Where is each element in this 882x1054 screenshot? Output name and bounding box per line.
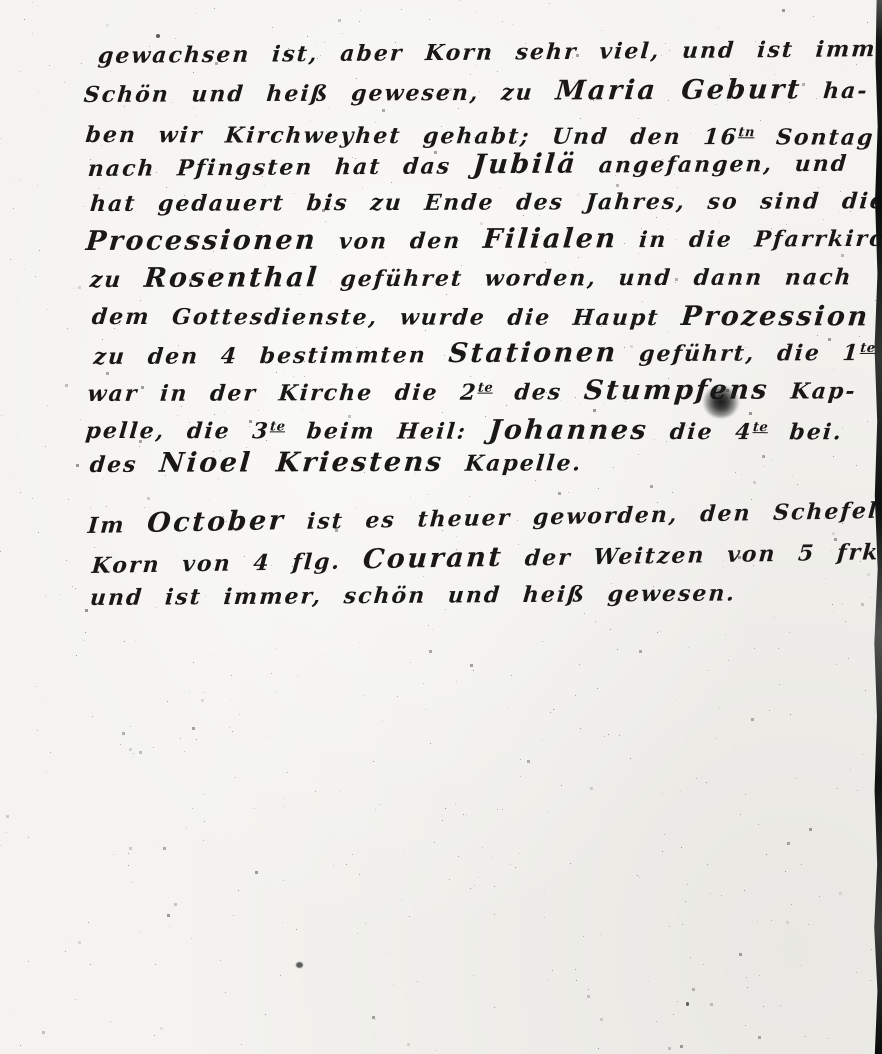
text-segment: zu den 4 bestimmten: [93, 342, 450, 370]
paragraph: Im October ist es theuer geworden, den S…: [84, 506, 862, 617]
text-line: und ist immer, schön und heiß gewesen.: [89, 575, 864, 617]
text-line: war in der Kirche die 2te des Stumpfens …: [86, 368, 863, 408]
text-line: zu den 4 bestimmten Stationen geführt, d…: [92, 330, 863, 371]
text-segment: ist es theuer geworden, den Schefel: [284, 498, 879, 535]
text-segment: und ist immer, schön und heiß gewesen.: [89, 580, 737, 611]
ink-smudge: [156, 34, 160, 38]
ink-smudge: [686, 1002, 689, 1006]
ink-smudge: [296, 962, 303, 968]
paper-speckles: [0, 0, 1, 1]
text-line: nach Pfingsten hat das Jubilä angefangen…: [87, 144, 864, 186]
emphasized-word: October: [146, 505, 286, 539]
superscript-abbreviation: tn: [738, 125, 756, 140]
text-segment: Kapelle.: [442, 450, 583, 476]
text-segment: des: [492, 379, 585, 405]
text-segment: Korn von 4 flg.: [91, 548, 364, 579]
text-segment: nach Pfingsten hat das: [87, 153, 474, 182]
superscript-abbreviation: te: [860, 341, 877, 356]
emphasized-word: Maria Geburt: [554, 74, 803, 106]
emphasized-word: Stationen: [447, 337, 619, 369]
emphasized-word: Nioel Kriestens: [158, 447, 445, 479]
text-segment: von den: [316, 228, 484, 255]
superscript-abbreviation: te: [477, 381, 494, 396]
emphasized-word: Processionen: [85, 225, 319, 257]
text-segment: der Weitzen von 5 frk: [502, 539, 882, 572]
text-segment: Im: [87, 512, 148, 539]
emphasized-word: Rosenthal: [143, 262, 320, 294]
text-segment: gewachsen ist, aber Korn sehr viel, und …: [97, 36, 882, 69]
text-segment: Schön und heiß gewesen, zu: [83, 80, 557, 108]
text-line: Processionen von den Filialen in die Pfa…: [84, 219, 863, 260]
text-segment: die 4: [647, 419, 754, 445]
text-segment: ha-: [801, 78, 870, 104]
ink-blot: [703, 386, 739, 418]
manuscript-text: gewachsen ist, aber Korn sehr viel, und …: [84, 38, 862, 617]
text-line: des Nioel Kriestens Kapelle.: [88, 442, 863, 482]
text-line: zu Rosenthal geführet worden, und dann n…: [88, 257, 863, 297]
text-segment: geführt, die 1: [617, 340, 861, 367]
emphasized-word: Filialen: [482, 223, 619, 255]
text-segment: des: [89, 452, 161, 478]
superscript-abbreviation: te: [752, 420, 769, 435]
text-line: gewachsen ist, aber Korn sehr viel, und …: [97, 31, 864, 75]
emphasized-word: Johannes: [487, 415, 649, 446]
emphasized-word: Jubilä: [472, 149, 579, 181]
text-segment: dem Gottesdienste, wurde die Haupt: [91, 304, 683, 331]
text-line: Schön und heiß gewesen, zu Maria Geburt …: [82, 71, 863, 112]
text-line: hat gedauert bis zu Ende des Jahres, so …: [88, 183, 863, 223]
text-segment: zu: [89, 267, 145, 293]
emphasized-word: Stumpfens: [583, 375, 771, 407]
text-segment: geführet worden, und dann nach: [318, 264, 854, 292]
text-line: pelle, die 3te beim Heil: Johannes die 4…: [84, 408, 863, 446]
text-segment: beim Heil:: [284, 418, 490, 444]
text-segment: in die Pfarrkirche: [616, 226, 882, 254]
text-segment: bei.: [767, 419, 844, 445]
emphasized-word: Courant: [362, 542, 505, 575]
manuscript-page: gewachsen ist, aber Korn sehr viel, und …: [0, 0, 882, 1054]
text-segment: angefangen, und: [576, 151, 849, 179]
page-edge-shadow: [870, 0, 882, 1054]
paragraph: gewachsen ist, aber Korn sehr viel, und …: [84, 38, 862, 482]
text-segment: hat gedauert bis zu Ende des Jahres, so …: [89, 188, 882, 217]
text-segment: pelle, die 3: [84, 418, 270, 444]
text-segment: Kap-: [768, 378, 858, 404]
emphasized-word: Prozession: [680, 301, 871, 332]
text-segment: war in der Kirche die 2: [87, 380, 479, 407]
